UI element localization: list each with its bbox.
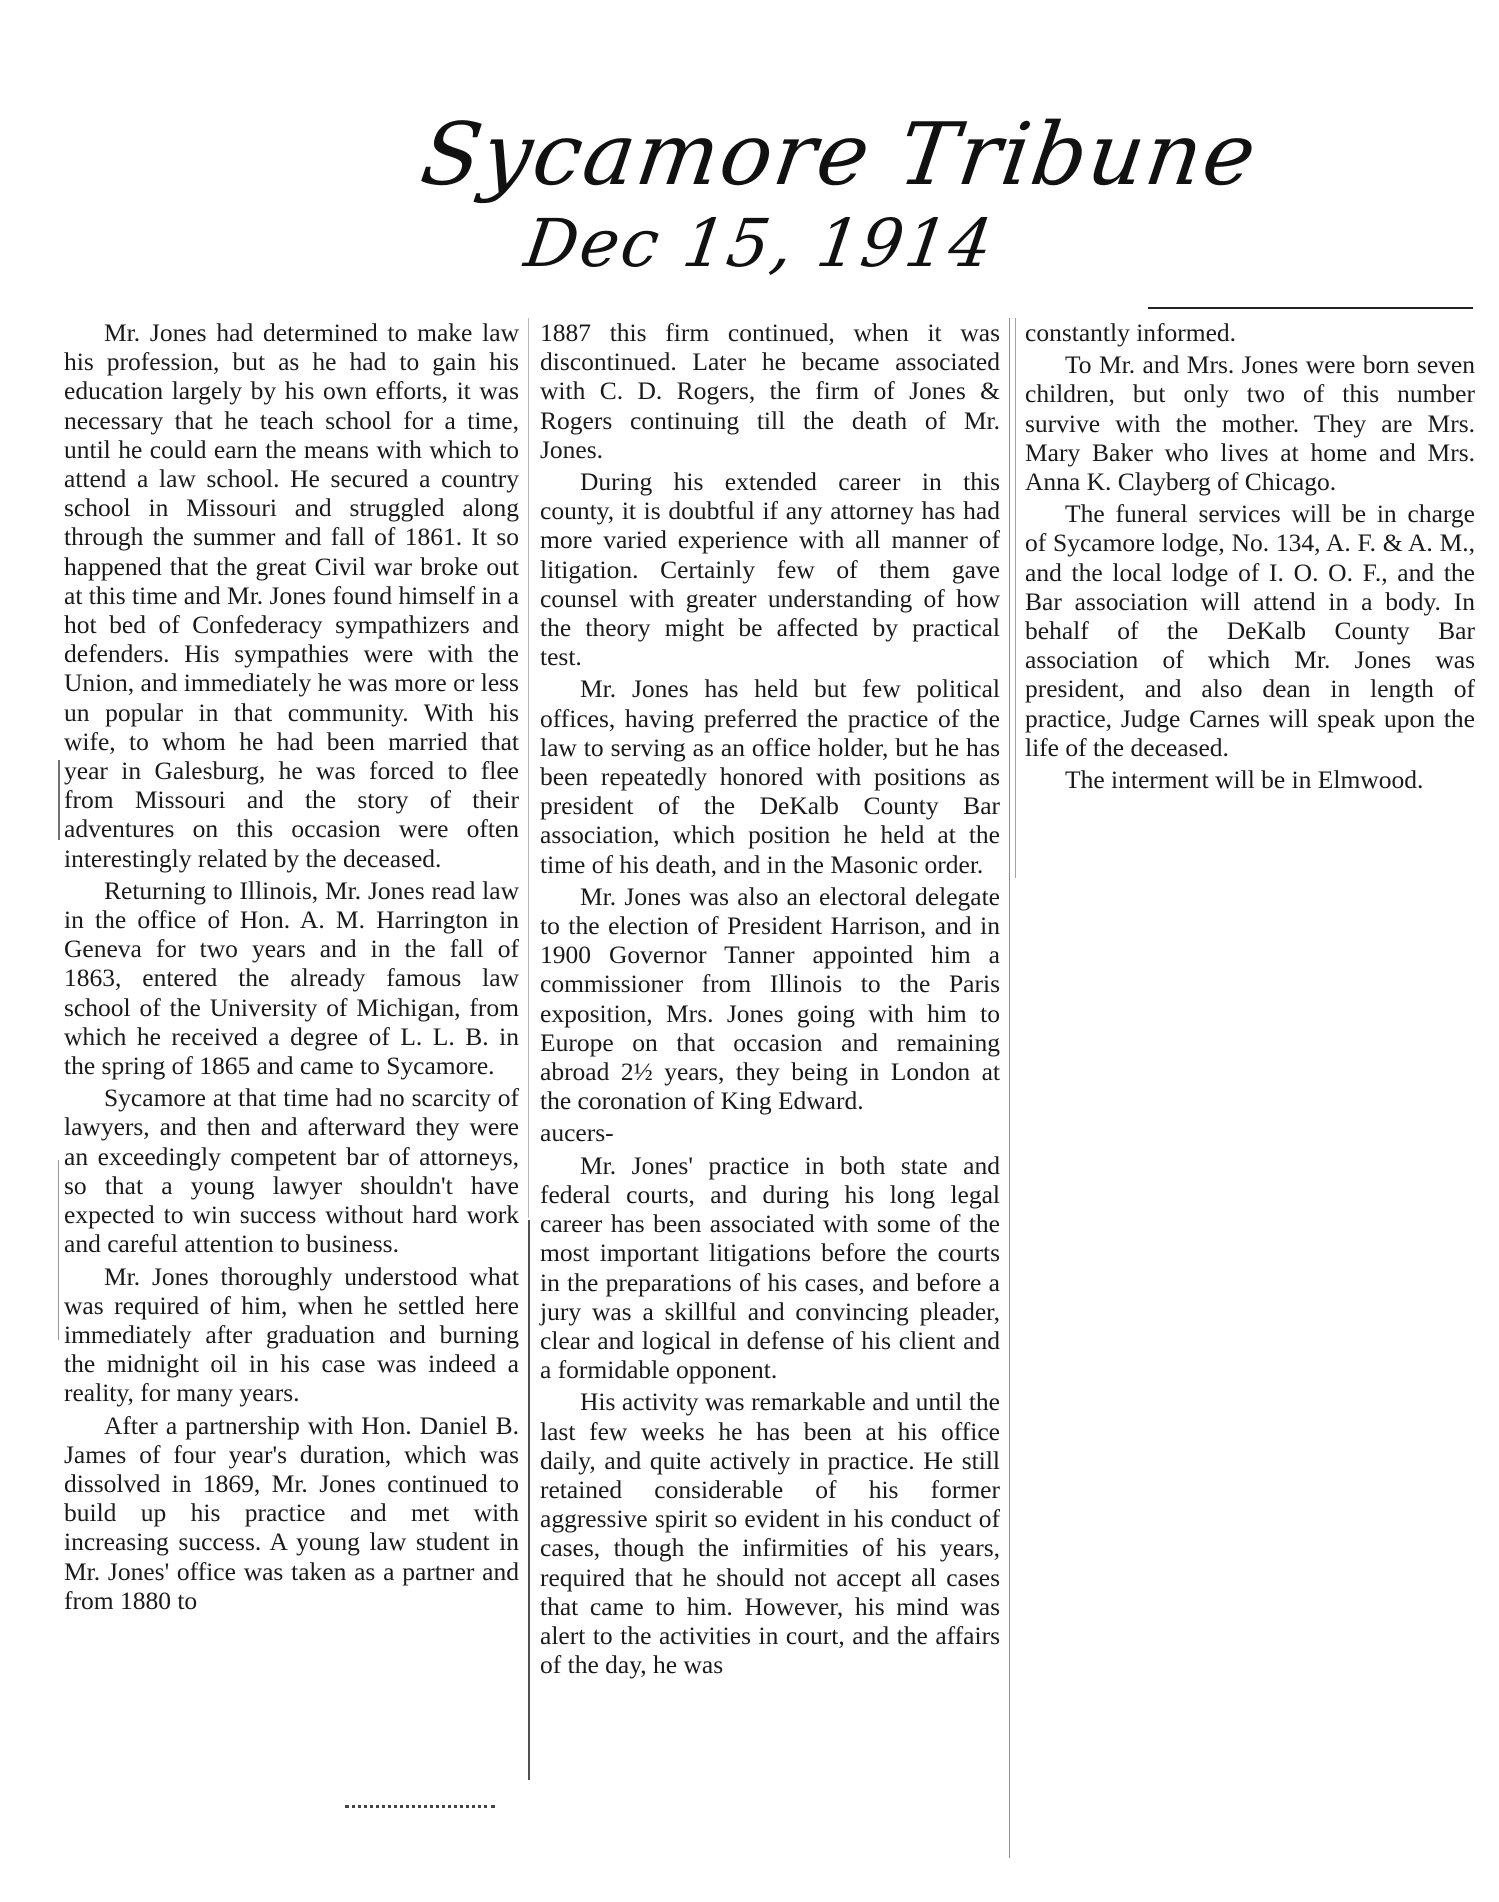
article-paragraph: His activity was remarkable and until th… <box>540 1387 1000 1679</box>
article-paragraph: After a partnership with Hon. Daniel B. … <box>64 1411 519 1615</box>
article-paragraph: constantly informed. <box>1025 318 1475 347</box>
article-paragraph: 1887 this firm continued, when it was di… <box>540 318 1000 464</box>
article-paragraph: Mr. Jones thoroughly understood what was… <box>64 1262 519 1408</box>
article-paragraph: Mr. Jones' practice in both state and fe… <box>540 1151 1000 1385</box>
margin-mark <box>58 760 60 840</box>
text-fragment: aucers- <box>540 1118 1000 1147</box>
article-paragraph: To Mr. and Mrs. Jones were born seven ch… <box>1025 350 1475 496</box>
article-column-2: 1887 this firm continued, when it was di… <box>540 318 1000 1682</box>
column-divider <box>1009 318 1010 1858</box>
article-paragraph: The funeral services will be in charge o… <box>1025 499 1475 762</box>
handwritten-date: Dec 15, 1914 <box>0 205 1499 282</box>
article-column-3: constantly informed.To Mr. and Mrs. Jone… <box>1025 318 1475 797</box>
column-top-rule <box>1148 307 1473 309</box>
article-paragraph: Returning to Illinois, Mr. Jones read la… <box>64 876 519 1080</box>
clipping-edge-mark <box>345 1805 495 1808</box>
article-column-1: Mr. Jones had determined to make law his… <box>64 318 519 1618</box>
margin-mark <box>58 1160 59 1340</box>
column-divider <box>528 1220 530 1780</box>
article-paragraph: During his extended career in this count… <box>540 467 1000 671</box>
article-paragraph: Mr. Jones had determined to make law his… <box>64 318 519 873</box>
article-paragraph: The interment will be in Elmwood. <box>1025 765 1475 794</box>
article-paragraph: Sycamore at that time had no scarcity of… <box>64 1083 519 1258</box>
column-divider <box>1015 318 1016 878</box>
article-paragraph: Mr. Jones was also an electoral delegate… <box>540 882 1000 1116</box>
article-paragraph: Mr. Jones has held but few political off… <box>540 674 1000 878</box>
handwritten-newspaper-title: Sycamore Tribune <box>0 105 1499 205</box>
column-divider <box>528 318 529 1218</box>
